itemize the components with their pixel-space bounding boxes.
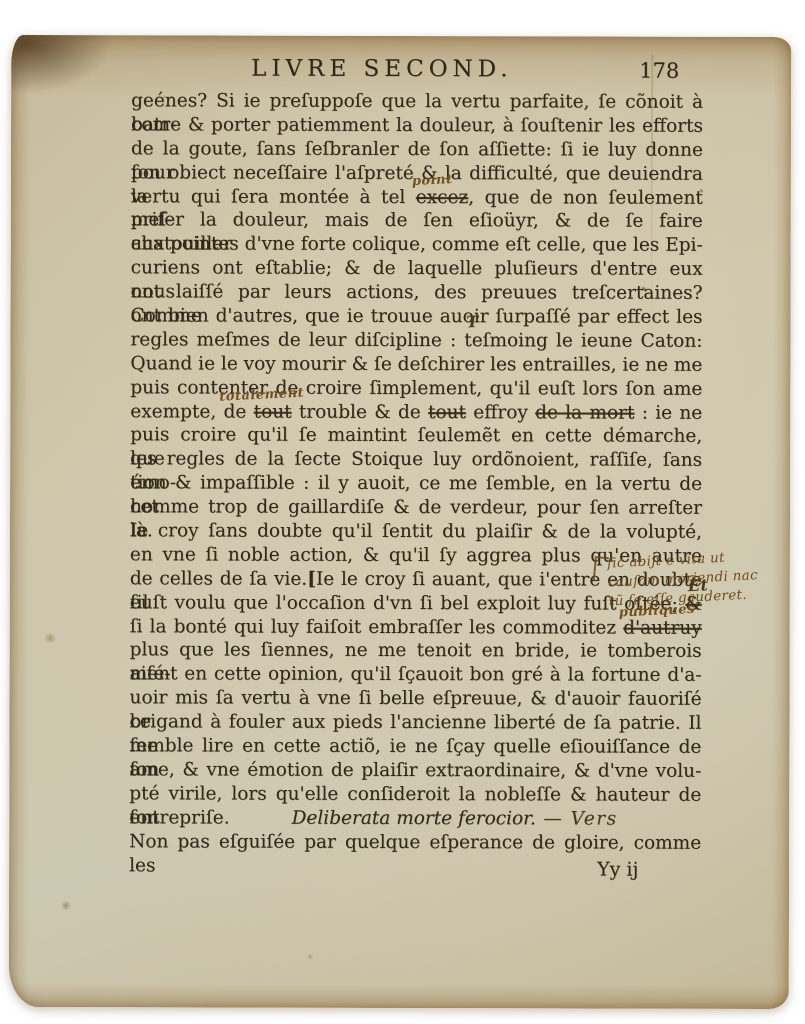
printed-text: trouble & de [292, 401, 429, 422]
text-line: vertu qui ſera montée à tel pointexcez, … [131, 185, 703, 210]
stain-spot [44, 633, 57, 643]
text-line: Ie croy ſans doubte qu'il ſentit du plai… [130, 519, 702, 544]
printed-word: teſmoing [464, 330, 548, 351]
printed-text: vertu qui ſera montée à tel [131, 186, 416, 208]
printed-text: ſi la bonté qui luy faiſoit embraſſer le… [130, 616, 624, 638]
text-line: pté virile, lors qu'elle conſideroit la … [129, 782, 701, 807]
printed-text: ont bien d'autres, que ie trouue auoir ſ… [131, 305, 703, 327]
printed-text: Quand ie le voy mourir & ſe deſchirer le… [130, 353, 702, 375]
handwritten-mark: [ [307, 569, 316, 590]
running-title: LIVRE SECOND. [251, 56, 513, 83]
text-line: plus que les ſiennes, ne me tenoit en br… [130, 639, 702, 664]
printed-text: puis contenter de croire ſimplement, qu'… [130, 377, 702, 399]
text-line: tion & impaſſible : il y auoit, ce me ſe… [130, 472, 702, 497]
text-line: ment en cette opinion, qu'il ſçauoit bon… [130, 663, 702, 688]
text-line: Quand ie le voy mourir & ſe deſchirer le… [130, 352, 702, 377]
book-page: LIVRE SECOND. 178 geénes? Si ie preſuppo… [9, 35, 792, 1009]
page-header: LIVRE SECOND. 178 [131, 55, 703, 90]
text-line: regles meſmes de leur diſcipline : Tteſm… [130, 328, 702, 353]
annotated-word: publiquesd'autruy [623, 616, 702, 640]
printed-text: le ieune Caton: [548, 330, 703, 351]
scanned-book-photo: { "header": { "running_title": "LIVRE SE… [0, 0, 805, 1024]
printed-text: regles meſmes de leur diſcipline : [130, 329, 464, 351]
text-line: geénes? Si ie preſuppoſe que la vertu pa… [131, 89, 703, 114]
printed-text: effroy [466, 402, 535, 423]
text-line: batre & porter patiemment la douleur, à … [131, 113, 703, 138]
page-number: 178 [639, 59, 679, 83]
printed-text: exempte, [130, 401, 223, 422]
annotated-word: totalementde [224, 400, 247, 424]
printed-text: entrepriſe. [129, 807, 229, 828]
text-line: ame, & vne émotion de plaiſir extraordin… [129, 758, 701, 783]
struck-word: excez [416, 187, 469, 208]
text-line: puis croire qu'il ſe maintint ſeulemẽt e… [130, 424, 702, 449]
stain-spot [61, 901, 71, 910]
latin-quote: Deliberata morte ferocior. [292, 807, 536, 829]
text-line: aux pointes d'vne forte colique, comme e… [131, 233, 703, 258]
text-line: Non pas eſguiſée par quelque eſperance d… [129, 830, 701, 855]
text-line: homme trop de gaillardiſe & de verdeur, … [130, 495, 702, 520]
body-text: geénes? Si ie preſuppoſe que la vertu pa… [129, 89, 703, 855]
printed-text: ame, & vne émotion de plaiſir extraordin… [129, 759, 701, 781]
printed-text: ment en cette opinion, qu'il ſçauoit bon… [130, 664, 702, 686]
handwritten-correction: totalement [219, 386, 304, 403]
struck-word: tout [428, 402, 466, 423]
text-line: de la goute, ſans ſeſbranler de ſon aſſi… [131, 137, 703, 162]
margin-note-handwritten: ſic abijt e vita utcauſam moriendi nactũ… [607, 543, 805, 611]
struck-word: tout [254, 401, 292, 422]
text-column: LIVRE SECOND. 178 geénes? Si ie preſuppo… [129, 55, 703, 880]
text-line: uoir mis ſa vertu à vne ſi belle eſpreuu… [130, 687, 702, 712]
text-line: entrepriſe.Deliberata morte ferocior. — … [129, 806, 701, 831]
handwritten-correction: T [466, 315, 479, 329]
text-line: les regles de la ſecte Stoique luy ordõn… [130, 448, 702, 473]
text-line: ont laiſſé par leurs actions, des preuue… [131, 280, 703, 305]
text-line: ſemble lire en cette actiõ, ie ne ſçay q… [129, 734, 701, 759]
printed-text: : ie ne [634, 402, 702, 423]
annotated-word: pointexcez [416, 186, 469, 210]
signature-mark: Yy ij [129, 857, 701, 880]
text-line: curiens ont eſtablie; & de laquelle pluſ… [131, 257, 703, 282]
handwritten-mark: — Vers [536, 808, 618, 829]
text-line: brigand à fouler aux pieds l'ancienne li… [129, 710, 701, 735]
text-line: ſi la bonté qui luy faiſoit embraſſer le… [130, 615, 702, 640]
printed-text: euſt voulu que l'occaſion d'vn ſi bel ex… [130, 592, 686, 614]
handwritten-correction: point [412, 173, 453, 188]
text-line: exempte, totalementde tout trouble & de … [130, 400, 702, 425]
printed-text: Ie croy ſans doubte qu'il ſentit du plai… [130, 520, 702, 542]
struck-word: d'autruy [623, 617, 702, 638]
text-line: ont bien d'autres, que ie trouue auoir ſ… [131, 304, 703, 329]
printed-text: de celles de ſa vie. [130, 568, 307, 589]
stain-spot [307, 954, 314, 960]
printed-text: batre & porter patiemment la douleur, à … [131, 114, 703, 136]
printed-text: aux pointes d'vne forte colique, comme e… [131, 234, 703, 256]
struck-word: de la mort [535, 402, 634, 423]
text-line: puis contenter de croire ſimplement, qu'… [130, 376, 702, 401]
annotated-word: Tteſmoing [464, 329, 548, 353]
text-line: priſer la douleur, mais de ſen eſioüyr, … [131, 209, 703, 234]
